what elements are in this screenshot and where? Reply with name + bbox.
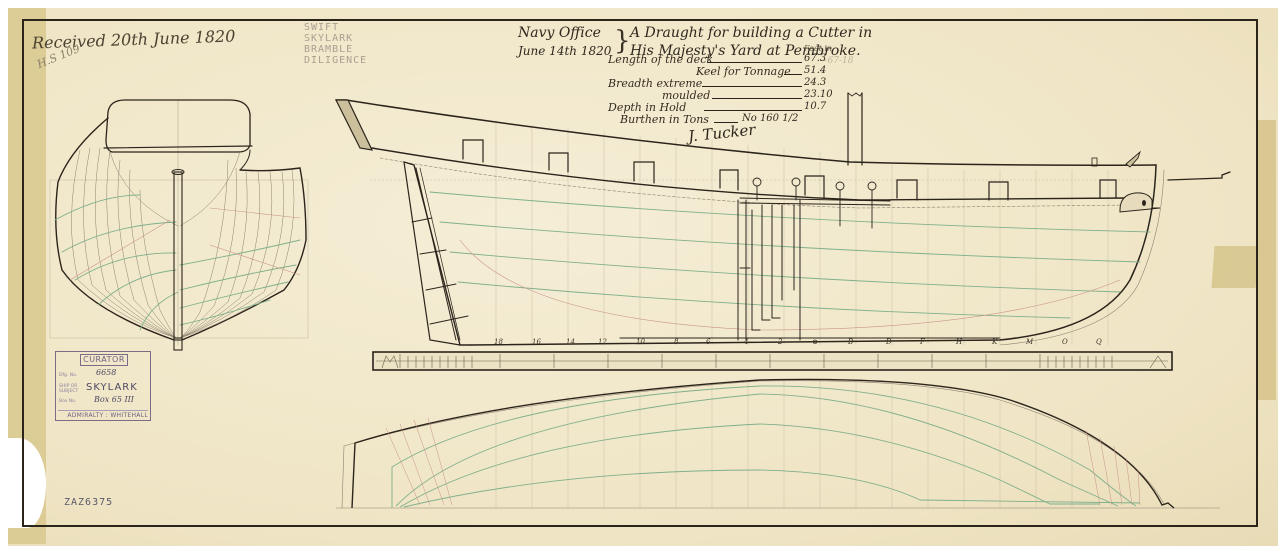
ship-name: SWIFT — [304, 22, 367, 33]
stamp-footer: ADMIRALTY : WHITEHALL — [58, 410, 148, 419]
ship-name: SKYLARK — [304, 33, 367, 44]
body-plan — [50, 100, 308, 350]
station-label: D — [886, 338, 892, 346]
dimension-row: Breadth extreme 24.3 — [608, 77, 848, 89]
dimension-value: 67.3 — [804, 53, 826, 64]
station-label: Q — [1096, 338, 1102, 346]
ship-subject-label: SHIP OR SUBJECT — [59, 384, 79, 394]
box-label: Box No. — [59, 399, 76, 404]
ship-name: DILIGENCE — [304, 55, 367, 66]
draught-number-label: Dfg. No. — [59, 373, 77, 378]
date-label: June 14th 1820 — [518, 42, 613, 60]
stamp-header: CURATOR — [80, 354, 128, 366]
dimension-row: Keel for Tonnage 51.4 — [608, 65, 848, 77]
scale-bar — [373, 352, 1172, 370]
ship-name: BRAMBLE — [304, 44, 367, 55]
leader-line — [784, 74, 802, 75]
dimension-row: moulded 23.10 — [608, 89, 848, 101]
station-label: 6 — [706, 338, 710, 346]
ship-subject: SKYLARK — [86, 382, 138, 393]
sheer-profile — [336, 93, 1230, 345]
box-number: Box 65 III — [94, 395, 134, 404]
dimension-row: Depth in Hold 10.7 — [608, 101, 848, 113]
office-and-date: Navy Office June 14th 1820 — [518, 24, 613, 60]
dimension-label: Burthen in Tons — [620, 113, 709, 126]
dimensions-table: Length of the deck 67.3 Keel for Tonnage… — [608, 53, 848, 125]
leader-line — [704, 110, 802, 111]
station-label: B — [848, 338, 853, 346]
station-label: ⊗ — [812, 338, 818, 346]
dimension-value: 24.3 — [804, 77, 826, 88]
station-label: 8 — [674, 338, 678, 346]
station-label: 10 — [636, 338, 645, 346]
station-label: H — [956, 338, 962, 346]
station-label: F — [920, 338, 925, 346]
station-label: O — [1062, 338, 1068, 346]
station-label: 4 — [744, 338, 748, 346]
dimension-row: Length of the deck 67.3 — [608, 53, 848, 65]
station-label: 12 — [598, 338, 607, 346]
units-header: Feet in — [804, 44, 832, 53]
station-label: M — [1026, 338, 1033, 346]
dimension-value: 23.10 — [804, 89, 833, 100]
office-label: Navy Office — [518, 24, 613, 42]
draught-number: 6658 — [96, 368, 116, 377]
curator-stamp: CURATOR Dfg. No. 6658 SHIP OR SUBJECT SK… — [55, 351, 151, 421]
leader-line — [708, 62, 802, 63]
station-label: 16 — [532, 338, 541, 346]
station-label: 14 — [566, 338, 575, 346]
catalog-number: ZAZ6375 — [64, 497, 113, 508]
station-label: K — [992, 338, 997, 346]
title-line-1: A Draught for building a Cutter in — [630, 24, 990, 42]
leader-line — [712, 98, 802, 99]
pencil-ship-names: SWIFT SKYLARK BRAMBLE DILIGENCE — [304, 22, 367, 66]
half-breadth-plan — [336, 379, 1220, 508]
leader-line — [702, 86, 802, 87]
station-label: 2 — [778, 338, 782, 346]
station-label: 18 — [494, 338, 503, 346]
dimension-value: 51.4 — [804, 65, 826, 76]
dimension-value: 10.7 — [804, 101, 826, 112]
brace-glyph: } — [614, 26, 631, 56]
